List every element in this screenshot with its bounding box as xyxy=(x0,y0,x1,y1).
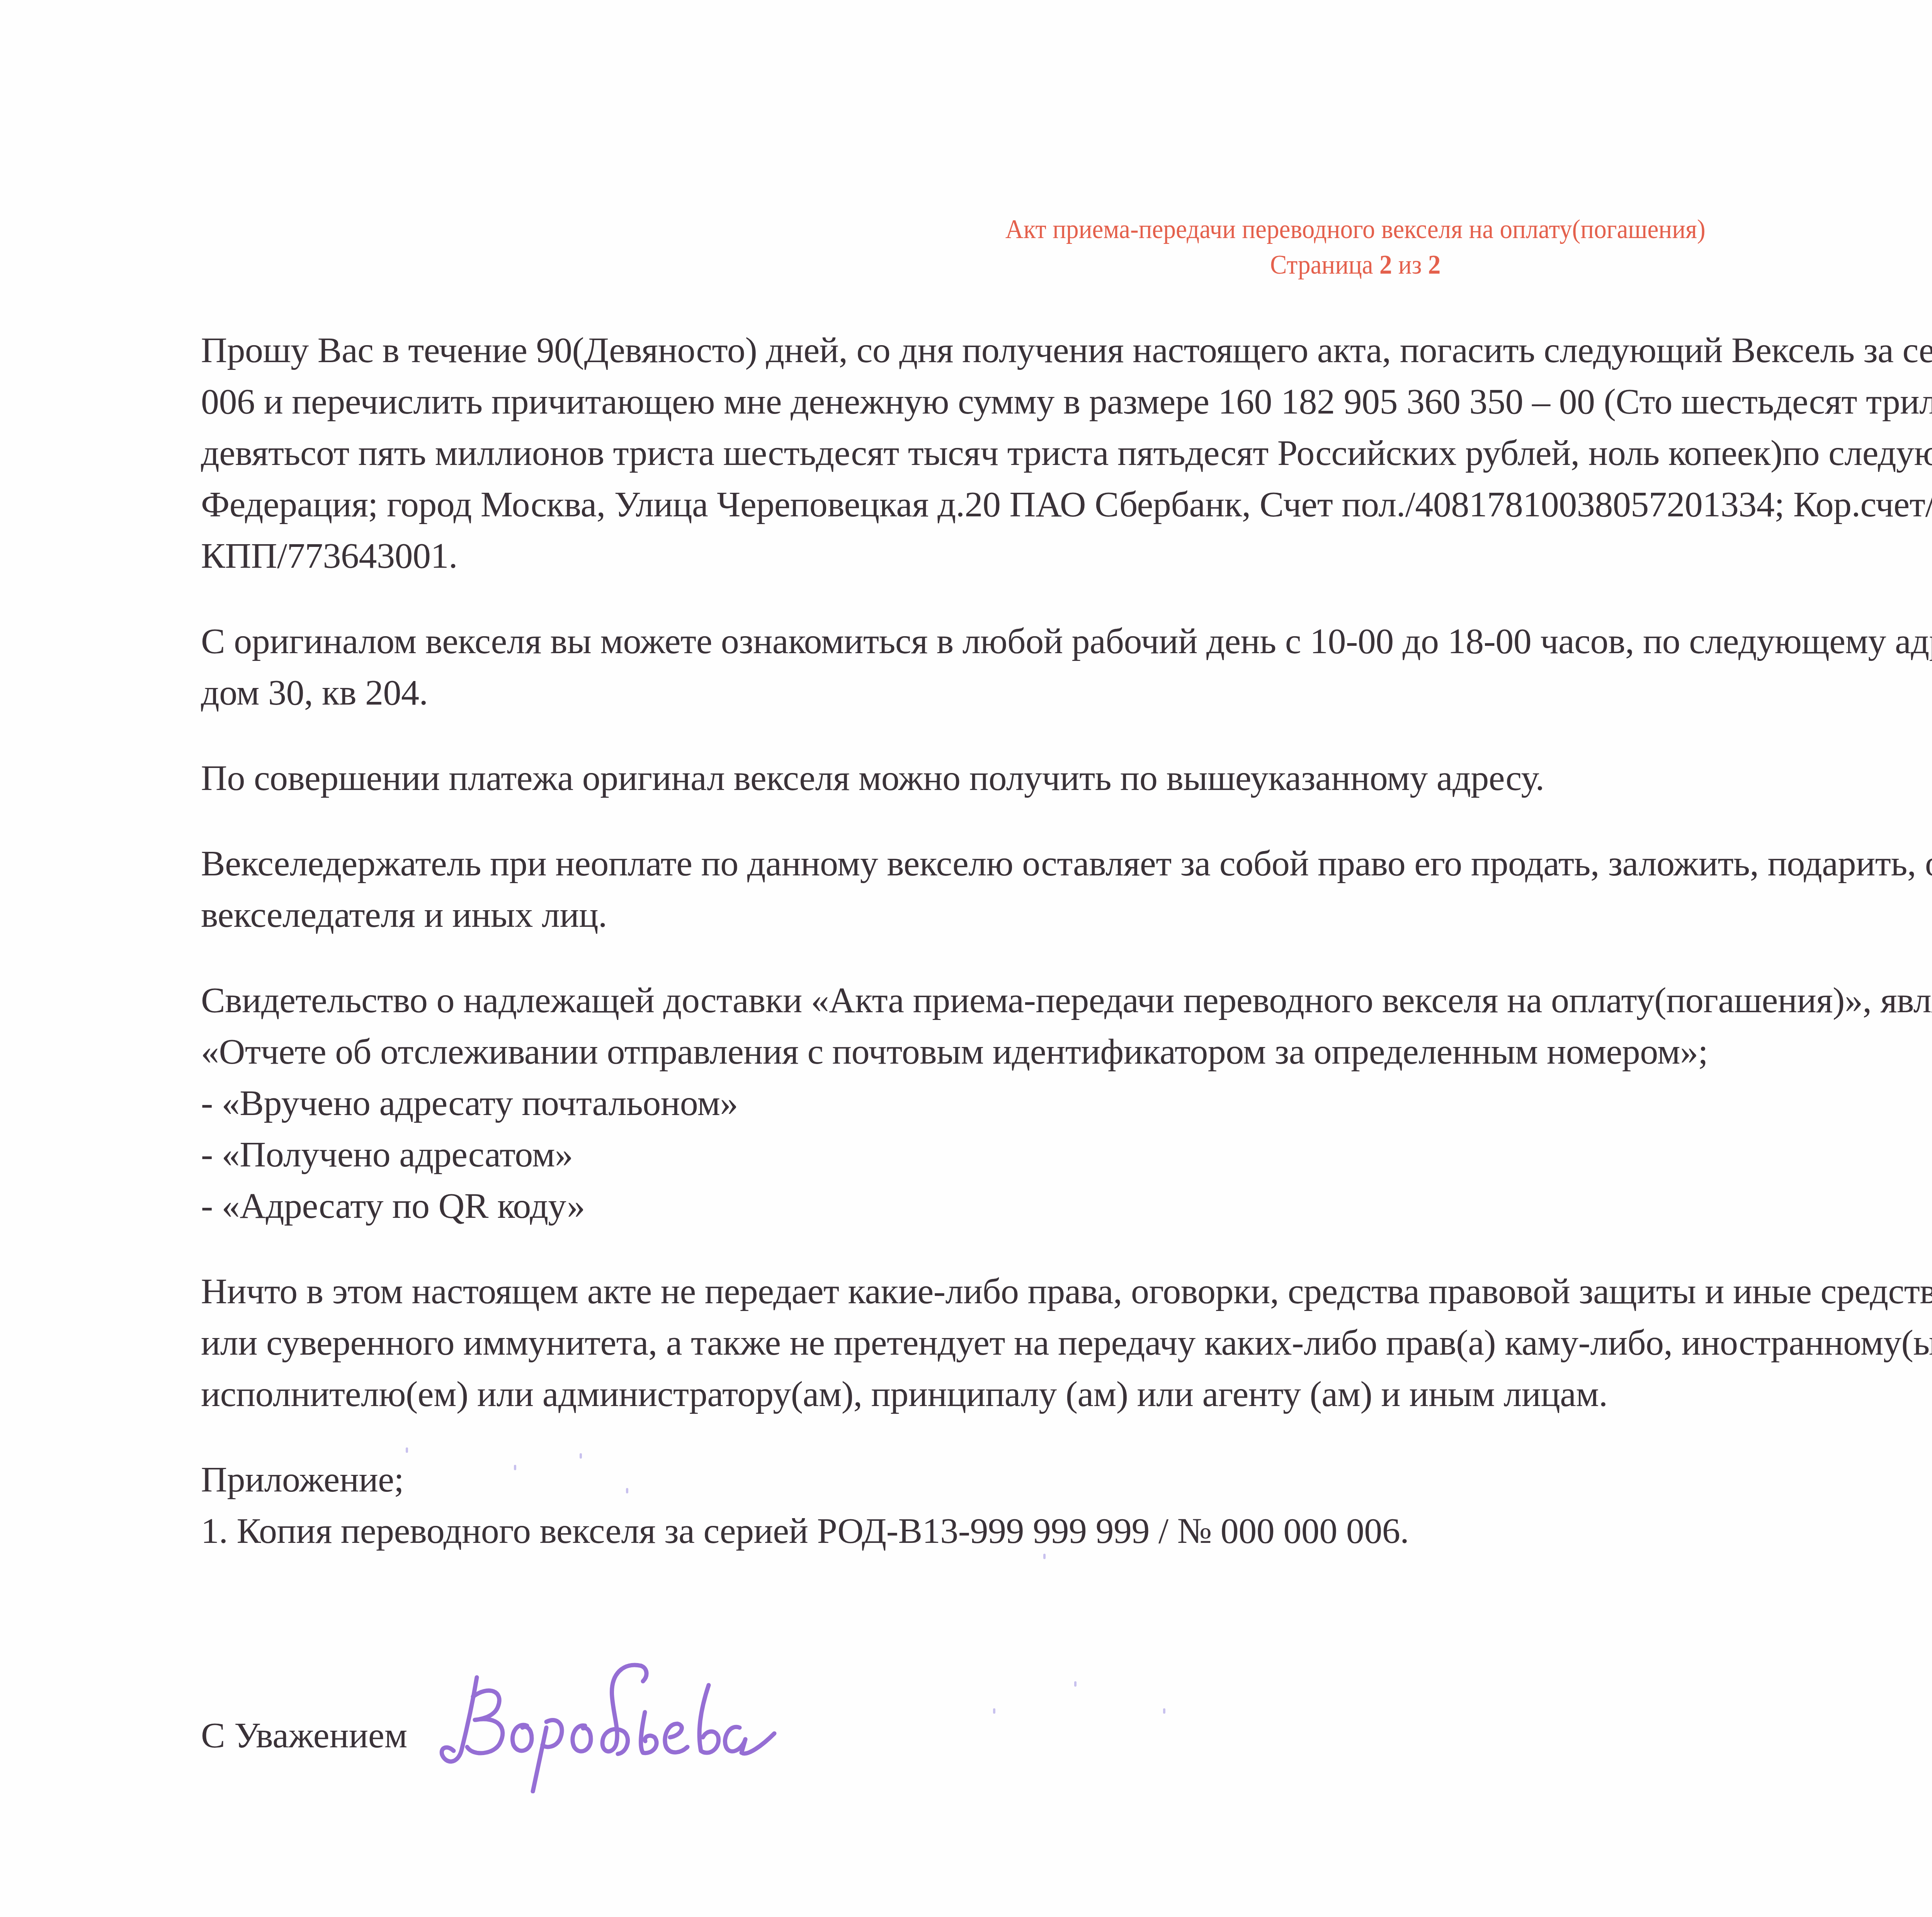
delivery-evidence-paragraph: Свидетельство о надлежащей доставки «Акт… xyxy=(201,975,1932,1078)
closing-text: С Уважением xyxy=(201,1710,407,1761)
document-page: Акт приема-передачи переводного векселя … xyxy=(0,0,1932,1917)
list-item: - «Получено адресатом» xyxy=(201,1129,1932,1180)
scan-artifact xyxy=(406,1447,408,1453)
appendix-label: Приложение; xyxy=(201,1454,1932,1505)
scan-artifact xyxy=(1074,1681,1077,1687)
scan-artifact xyxy=(580,1453,582,1459)
scan-artifact xyxy=(1043,1554,1046,1559)
closing-block: С Уважением xyxy=(201,1666,778,1805)
holder-rights-paragraph: Векселедержатель при неоплате по данному… xyxy=(201,838,1932,941)
payment-request-paragraph: Прошу Вас в течение 90(Девяносто) дней, … xyxy=(201,325,1932,582)
scan-artifact xyxy=(626,1488,628,1493)
document-body: Прошу Вас в течение 90(Девяносто) дней, … xyxy=(201,325,1932,1557)
appendix-section: Приложение; 1. Копия переводного векселя… xyxy=(201,1454,1932,1557)
list-item: - «Вручено адресату почтальоном» xyxy=(201,1078,1932,1129)
list-item: - «Адресату по QR коду» xyxy=(201,1180,1932,1232)
page-prefix: Страница xyxy=(1270,250,1379,280)
after-payment-paragraph: По совершении платежа оригинал векселя м… xyxy=(201,752,1932,804)
delivery-status-list: - «Вручено адресату почтальоном» - «Полу… xyxy=(201,1078,1932,1232)
original-viewing-paragraph: С оригиналом векселя вы можете ознакомит… xyxy=(201,616,1932,718)
page-current: 2 xyxy=(1379,250,1392,280)
document-header: Акт приема-передачи переводного векселя … xyxy=(95,212,1932,283)
document-title: Акт приема-передачи переводного векселя … xyxy=(95,212,1932,247)
page-separator: из xyxy=(1392,250,1428,280)
page-indicator: Страница 2 из 2 xyxy=(95,247,1932,283)
handwritten-signature xyxy=(430,1654,778,1793)
page-total: 2 xyxy=(1428,250,1441,280)
scan-artifact xyxy=(1163,1708,1165,1714)
appendix-item: 1. Копия переводного векселя за серией Р… xyxy=(201,1505,1932,1557)
scan-artifact xyxy=(993,1708,995,1714)
scan-artifact xyxy=(514,1465,516,1470)
disclaimer-paragraph: Ничто в этом настоящем акте не передает … xyxy=(201,1266,1932,1420)
